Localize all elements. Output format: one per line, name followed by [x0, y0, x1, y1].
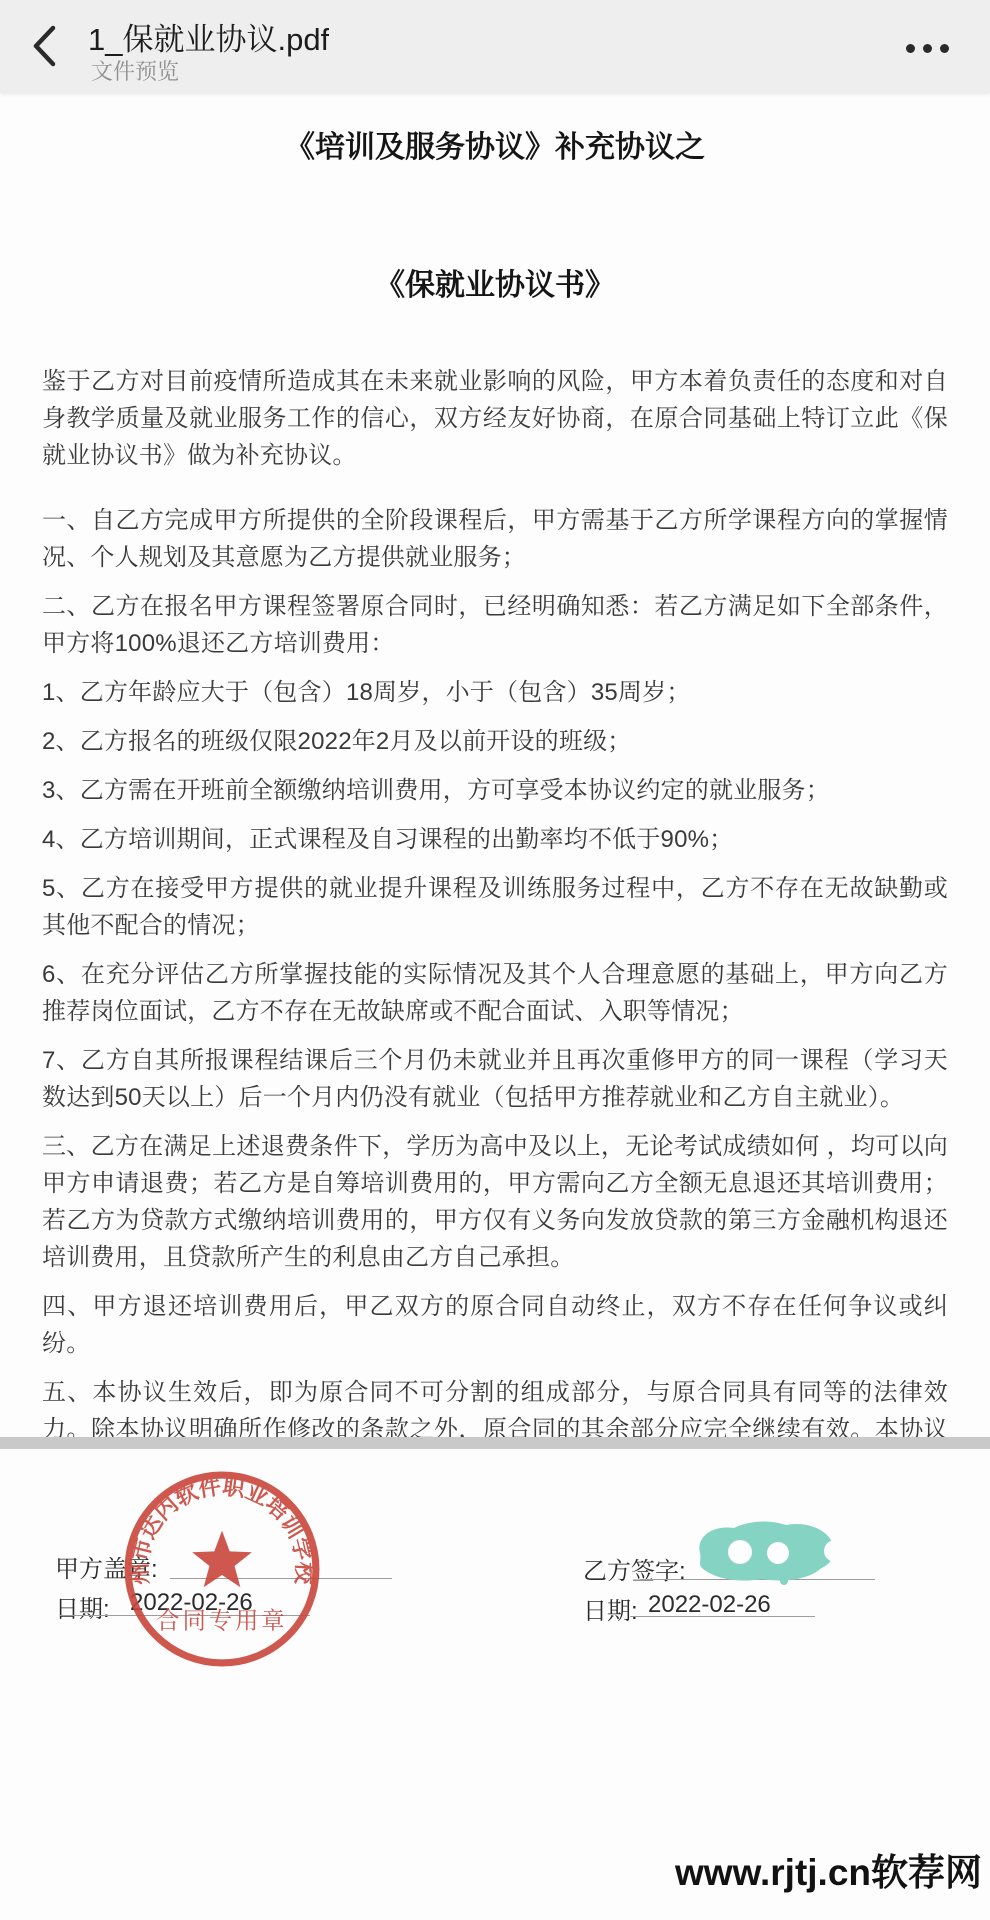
page-break-divider: [0, 1437, 990, 1449]
seal-star: [192, 1531, 252, 1588]
party-b-sign-label: 乙方签字:: [583, 1551, 686, 1586]
site-watermark: www.rjtj.cn软荐网: [675, 1842, 982, 1896]
clause-4: 四、甲方退还培训费用后，甲乙双方的原合同自动终止，双方不存在任何争议或纠纷。: [42, 1288, 948, 1362]
party-b-date-label: 日期:: [583, 1591, 638, 1626]
clause-2: 二、乙方在报名甲方课程签署原合同时，已经明确知悉：若乙方满足如下全部条件，甲方将…: [42, 588, 948, 662]
condition-3: 3、乙方需在开班前全额缴纳培训费用，方可享受本协议约定的就业服务；: [42, 772, 948, 809]
file-preview-label: 文件预览: [91, 55, 179, 86]
signature-redaction-scribble: [688, 1519, 838, 1589]
pdf-page-1: 《培训及服务协议》补充协议之 《保就业协议书》 鉴于乙方对目前疫情所造成其在未来…: [0, 93, 990, 1437]
seal-bottom-text: 合同专用章: [156, 1608, 287, 1634]
party-a-date-label: 日期:: [55, 1589, 110, 1624]
paragraph-intro: 鉴于乙方对目前疫情所造成其在未来就业影响的风险，甲方本着负责任的态度和对自身教学…: [42, 363, 948, 474]
condition-1: 1、乙方年龄应大于（包含）18周岁，小于（包含）35周岁；: [42, 674, 948, 711]
party-b-date-value: 2022-02-26: [648, 1591, 771, 1619]
condition-6: 6、在充分评估乙方所掌握技能的实际情况及其个人合理意愿的基础上，甲方向乙方推荐岗…: [42, 956, 948, 1030]
back-button[interactable]: [22, 18, 66, 74]
more-options-button[interactable]: [894, 28, 960, 68]
clause-3: 三、乙方在满足上述退费条件下，学历为高中及以上，无论考试成绩如何 ，均可以向甲方…: [42, 1128, 948, 1276]
ellipsis-icon: [906, 44, 915, 53]
condition-5: 5、乙方在接受甲方提供的就业提升课程及训练服务过程中，乙方不存在无故缺勤或其他不…: [42, 870, 948, 944]
document-heading-1: 《培训及服务协议》补充协议之: [42, 127, 948, 169]
document-body: 鉴于乙方对目前疫情所造成其在未来就业影响的风险，甲方本着负责任的态度和对自身教学…: [42, 363, 948, 1437]
clause-1: 一、自乙方完成甲方所提供的全阶段课程后，甲方需基于乙方所学课程方向的掌握情况、个…: [42, 502, 948, 576]
document-heading-2: 《保就业协议书》: [42, 265, 948, 307]
party-b-date-line: [630, 1616, 815, 1617]
condition-7: 7、乙方自其所报课程结课后三个月仍未就业并且再次重修甲方的同一课程（学习天数达到…: [42, 1042, 948, 1116]
file-preview-header: 1_保就业协议.pdf 文件预览: [0, 0, 990, 93]
chevron-left-icon: [31, 24, 57, 68]
company-seal-stamp: 州市达内软件职业培训学校 合同专用章: [120, 1467, 324, 1671]
condition-4: 4、乙方培训期间，正式课程及自习课程的出勤率均不低于90%；: [42, 821, 948, 858]
clause-5: 五、本协议生效后，即为原合同不可分割的组成部分，与原合同具有同等的法律效力。除本…: [42, 1374, 948, 1437]
file-title: 1_保就业协议.pdf: [88, 14, 329, 59]
condition-2: 2、乙方报名的班级仅限2022年2月及以前开设的班级；: [42, 723, 948, 760]
